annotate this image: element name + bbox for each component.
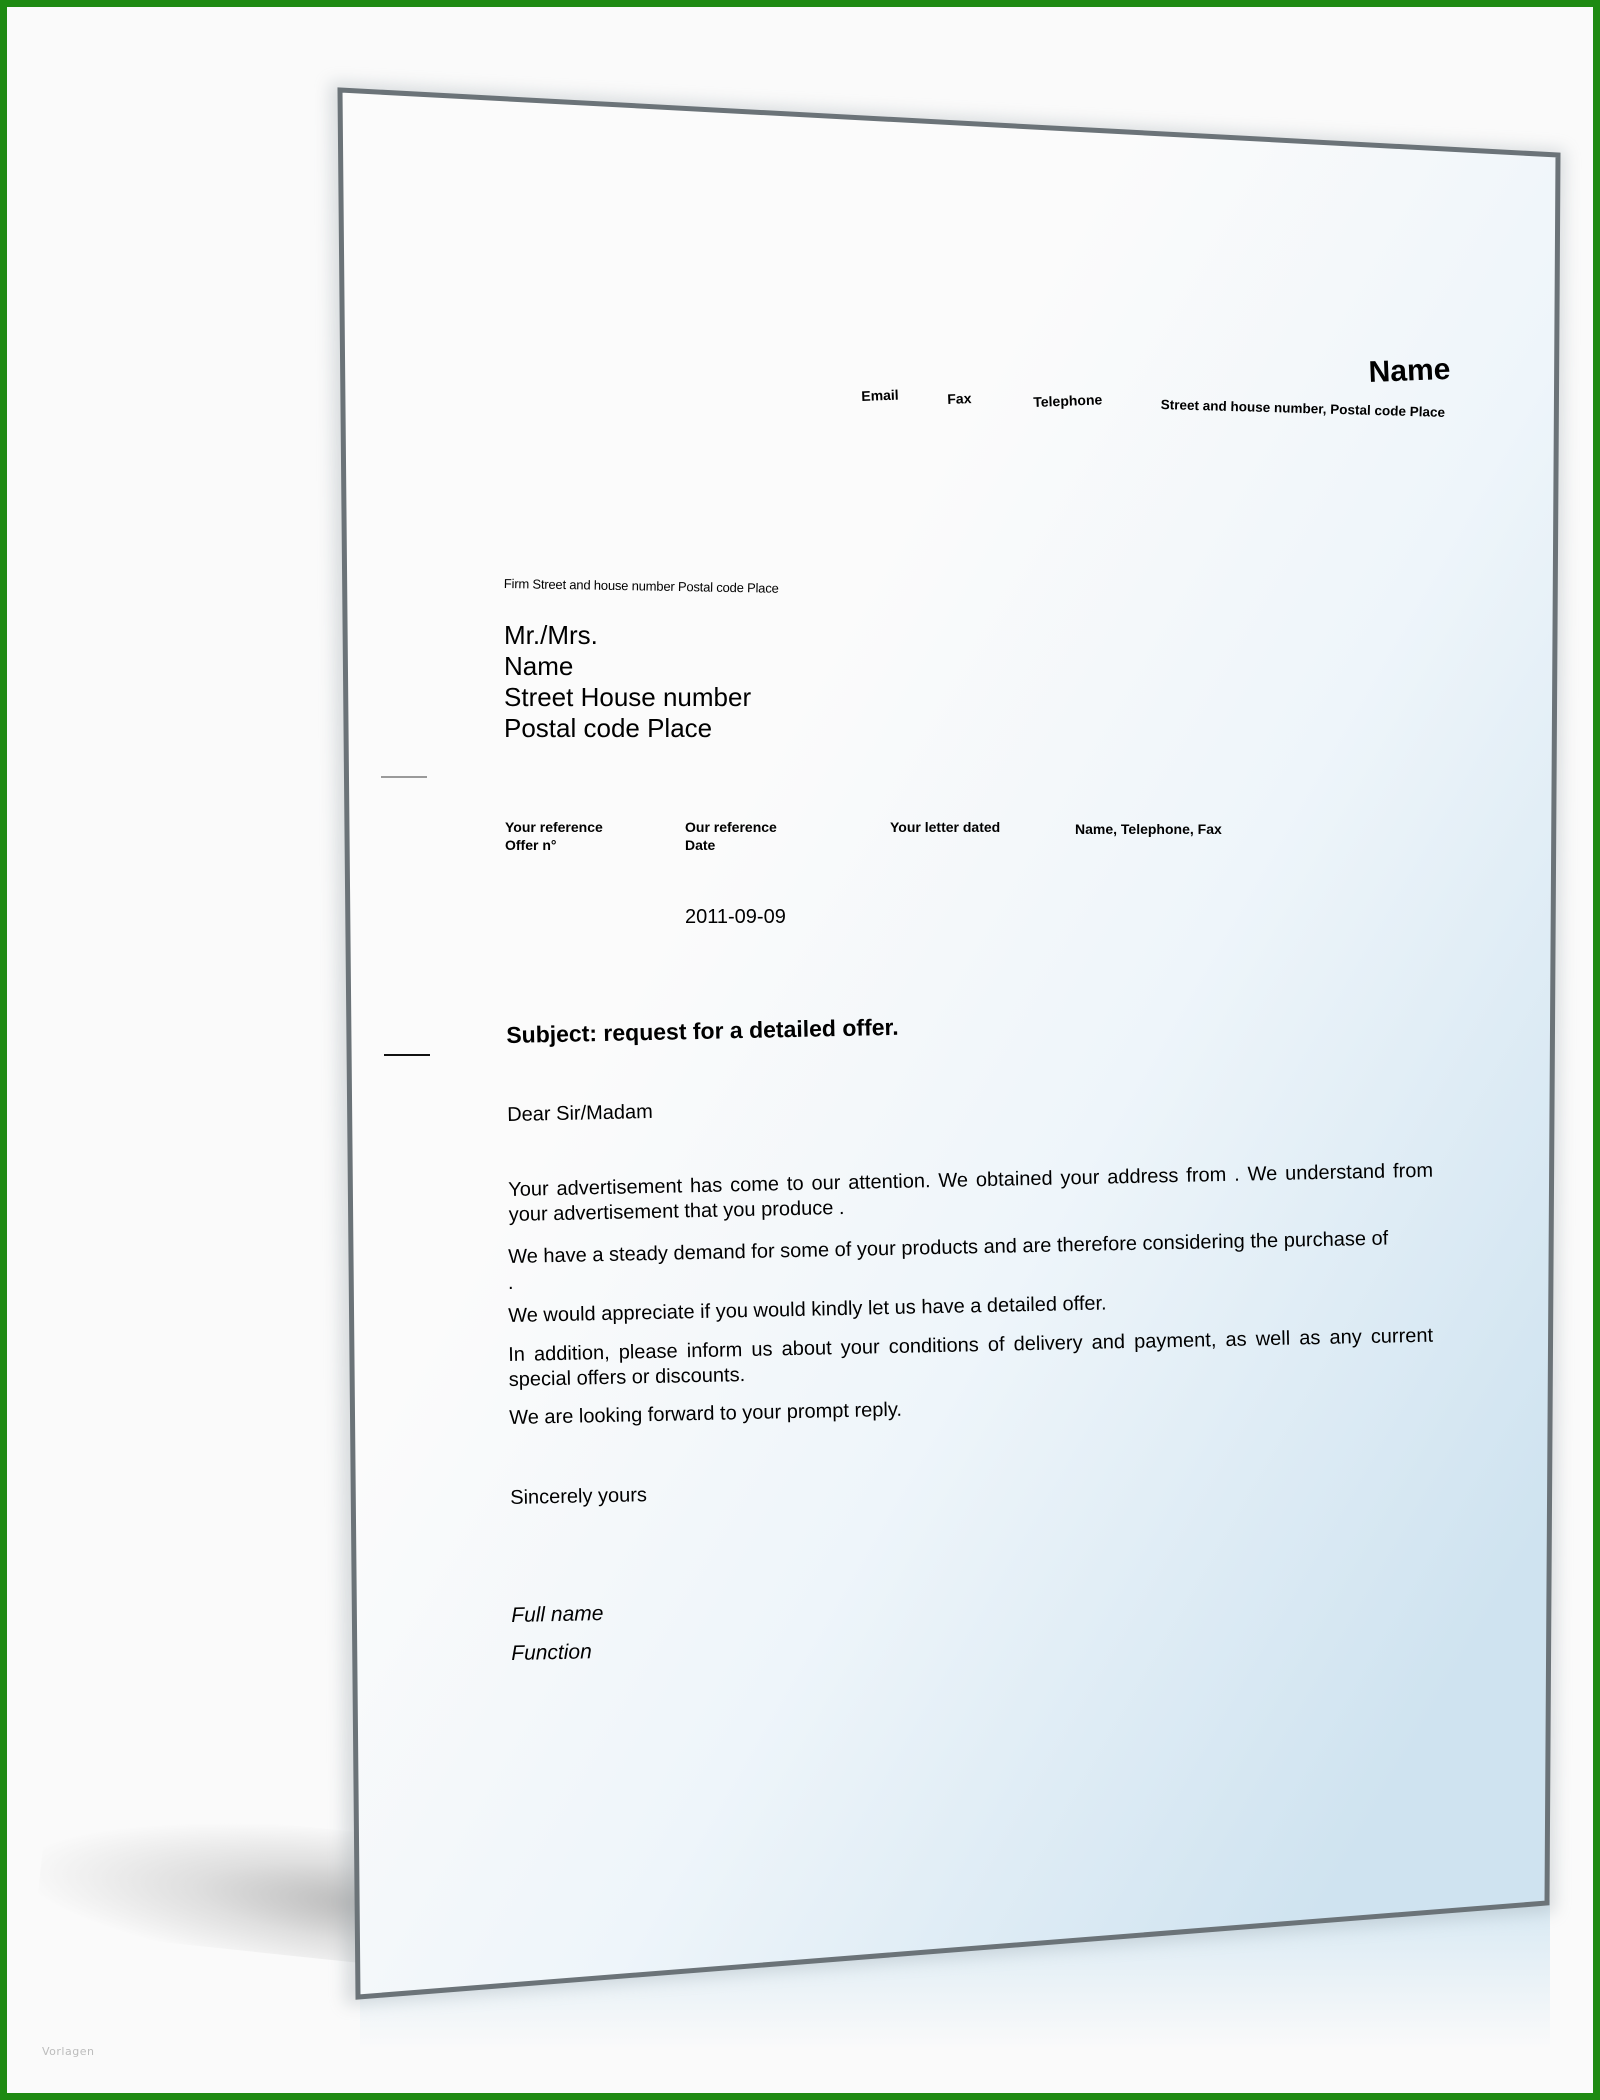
fold-mark-top (381, 776, 427, 778)
sender-telephone-label: Telephone (1033, 391, 1103, 410)
signature-full-name: Full name (511, 1602, 604, 1628)
ref-your-reference: Your reference Offer n° (505, 818, 603, 854)
letter-closing: Sincerely yours (510, 1484, 647, 1510)
recipient-postal: Postal code Place (504, 713, 712, 744)
fold-mark-middle (384, 1054, 430, 1056)
letter-date: 2011-09-09 (685, 906, 786, 929)
letter-greeting: Dear Sir/Madam (507, 1101, 653, 1127)
paragraph-2-continuation: . (508, 1272, 514, 1295)
paragraph-4: In addition, please inform us about your… (508, 1324, 1434, 1393)
paragraph-3: We would appreciate if you would kindly … (508, 1292, 1107, 1328)
ref-our-reference: Our reference Date (685, 818, 777, 854)
sender-email-label: Email (861, 387, 899, 404)
paragraph-1: Your advertisement has come to our atten… (508, 1159, 1434, 1228)
ref-our-reference-label: Our reference (685, 818, 777, 836)
ref-your-reference-label: Your reference (505, 818, 603, 836)
sender-name: Name (1368, 353, 1451, 390)
sender-fax-label: Fax (947, 390, 972, 407)
ref-date-label: Date (685, 836, 777, 854)
recipient-salutation: Mr./Mrs. (504, 620, 598, 651)
return-address: Firm Street and house number Postal code… (504, 576, 779, 596)
recipient-street: Street House number (504, 682, 751, 713)
ref-name-telephone-fax: Name, Telephone, Fax (1075, 820, 1222, 838)
paragraph-5: We are looking forward to your prompt re… (509, 1399, 902, 1430)
recipient-name: Name (504, 651, 573, 682)
ref-your-letter-dated: Your letter dated (890, 818, 1000, 836)
document-page: Name Email Fax Telephone Street and hous… (0, 0, 1600, 2100)
paragraph-2: We have a steady demand for some of your… (508, 1228, 1388, 1269)
sender-address: Street and house number, Postal code Pla… (1161, 397, 1446, 420)
watermark-text: Vorlagen (42, 2045, 94, 2058)
signature-function: Function (511, 1640, 592, 1666)
letter-subject: Subject: request for a detailed offer. (506, 1014, 899, 1049)
ref-offer-number-label: Offer n° (505, 836, 603, 854)
